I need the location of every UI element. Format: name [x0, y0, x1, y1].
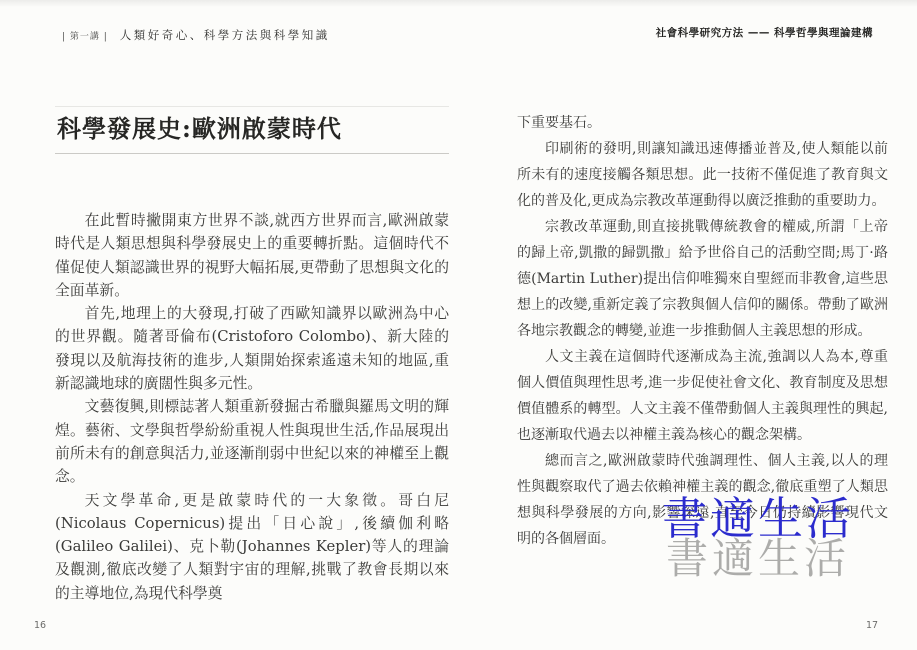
scan-top-edge: [0, 0, 917, 7]
page-number-right: 17: [866, 620, 878, 631]
left-page-body: 在此暫時撇開東方世界不談,就西方世界而言,歐洲啟蒙時代是人類思想與科學發展史上的…: [55, 209, 449, 605]
page-number-left: 16: [34, 620, 46, 631]
running-header-right: 社會科學研究方法 —— 科學哲學與理論建構: [656, 25, 873, 40]
section-title-block: 科學發展史:歐洲啟蒙時代: [55, 106, 449, 154]
right-page-body: 下重要基石。 印刷術的發明,則讓知識迅速傳播並普及,使人類能以前所未有的速度接觸…: [517, 110, 888, 552]
book-spread: | 第一講 |人類好奇心、科學方法與科學知識 社會科學研究方法 —— 科學哲學與…: [0, 0, 917, 650]
running-header-left: | 第一講 |人類好奇心、科學方法與科學知識: [62, 24, 330, 43]
paragraph: 文藝復興,則標誌著人類重新發掘古希臘與羅馬文明的輝煌。藝術、文學與哲學紛紛重視人…: [55, 395, 449, 488]
paragraph-continuation: 下重要基石。: [517, 110, 888, 136]
chapter-title: 人類好奇心、科學方法與科學知識: [120, 28, 330, 42]
chapter-tag: | 第一講 |: [62, 32, 108, 42]
paragraph: 首先,地理上的大發現,打破了西歐知識界以歐洲為中心的世界觀。隨著哥倫布(Cris…: [55, 302, 449, 395]
paragraph: 在此暫時撇開東方世界不談,就西方世界而言,歐洲啟蒙時代是人類思想與科學發展史上的…: [55, 209, 449, 302]
right-page: 下重要基石。 印刷術的發明,則讓知識迅速傳播並普及,使人類能以前所未有的速度接觸…: [517, 110, 888, 552]
section-title: 科學發展史:歐洲啟蒙時代: [57, 114, 447, 144]
paragraph: 總而言之,歐洲啟蒙時代強調理性、個人主義,以人的理性與觀察取代了過去依賴神權主義…: [517, 448, 888, 552]
left-page: 科學發展史:歐洲啟蒙時代 在此暫時撇開東方世界不談,就西方世界而言,歐洲啟蒙時代…: [55, 106, 449, 605]
paragraph: 宗教改革運動,則直接挑戰傳統教會的權威,所謂「上帝的歸上帝,凱撒的歸凱撒」給予世…: [517, 214, 888, 344]
paragraph: 天文學革命,更是啟蒙時代的一大象徵。哥白尼(Nicolaus Copernicu…: [55, 489, 449, 605]
paragraph: 印刷術的發明,則讓知識迅速傳播並普及,使人類能以前所未有的速度接觸各類思想。此一…: [517, 136, 888, 214]
paragraph: 人文主義在這個時代逐漸成為主流,強調以人為本,尊重個人價值與理性思考,進一步促使…: [517, 344, 888, 448]
